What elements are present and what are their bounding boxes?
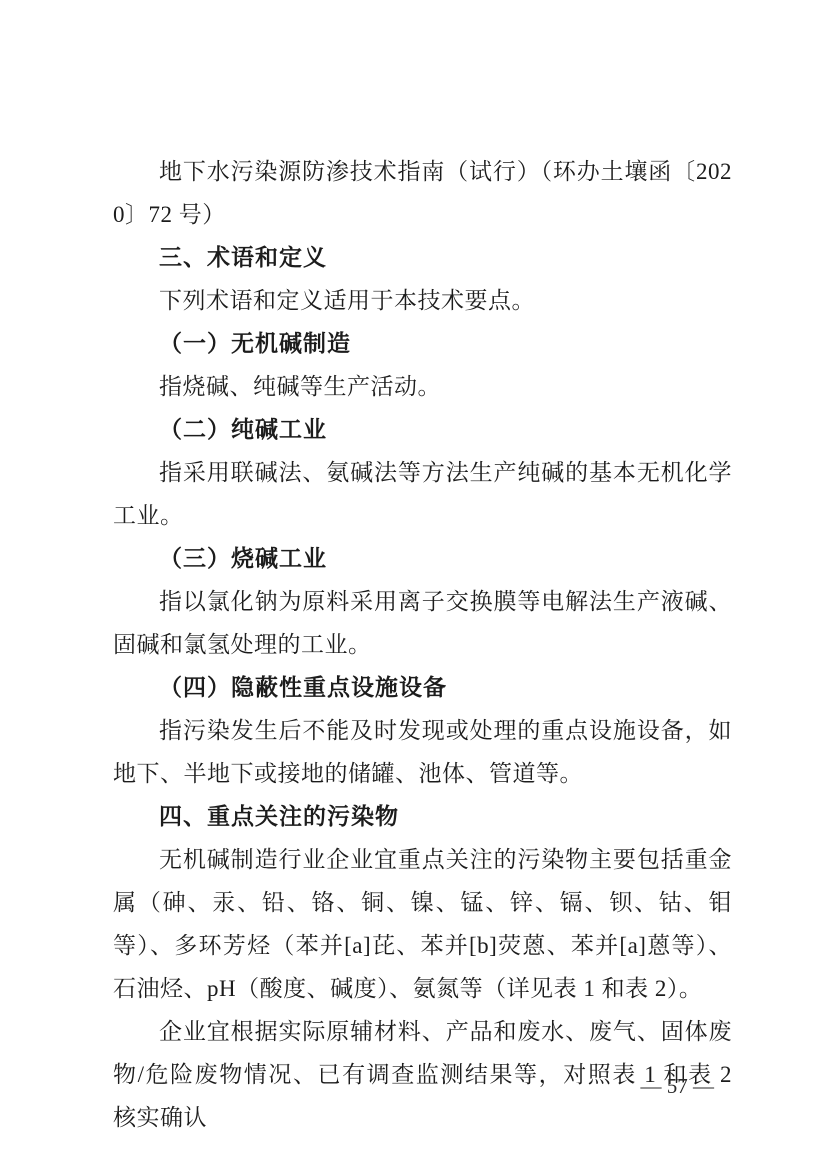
paragraph-term-2-definition: 指采用联碱法、氨碱法等方法生产纯碱的基本无机化学工业。 bbox=[113, 451, 732, 537]
heading-term-3-caustic-soda: （三）烧碱工业 bbox=[113, 537, 732, 580]
paragraph-terms-intro: 下列术语和定义适用于本技术要点。 bbox=[113, 279, 732, 322]
document-page: 地下水污染源防渗技术指南（试行）（环办土壤函〔2020〕72 号） 三、术语和定… bbox=[0, 0, 826, 1169]
paragraph-term-3-definition: 指以氯化钠为原料采用离子交换膜等电解法生产液碱、固碱和氯氢处理的工业。 bbox=[113, 580, 732, 666]
paragraph-term-4-definition: 指污染发生后不能及时发现或处理的重点设施设备，如地下、半地下或接地的储罐、池体、… bbox=[113, 709, 732, 795]
page-number: — 57 — bbox=[554, 1072, 714, 1100]
paragraph-term-1-definition: 指烧碱、纯碱等生产活动。 bbox=[113, 365, 732, 408]
paragraph-reference-guide: 地下水污染源防渗技术指南（试行）（环办土壤函〔2020〕72 号） bbox=[113, 150, 732, 236]
heading-section-4-pollutants: 四、重点关注的污染物 bbox=[113, 795, 732, 838]
heading-term-4-hidden-facilities: （四）隐蔽性重点设施设备 bbox=[113, 666, 732, 709]
heading-term-2-soda-ash: （二）纯碱工业 bbox=[113, 408, 732, 451]
paragraph-pollutants-list: 无机碱制造行业企业宜重点关注的污染物主要包括重金属（砷、汞、铅、铬、铜、镍、锰、… bbox=[113, 838, 732, 1010]
heading-term-1-inorganic-alkali: （一）无机碱制造 bbox=[113, 322, 732, 365]
document-body: 地下水污染源防渗技术指南（试行）（环办土壤函〔2020〕72 号） 三、术语和定… bbox=[113, 150, 732, 1139]
heading-section-3-terms: 三、术语和定义 bbox=[113, 236, 732, 279]
